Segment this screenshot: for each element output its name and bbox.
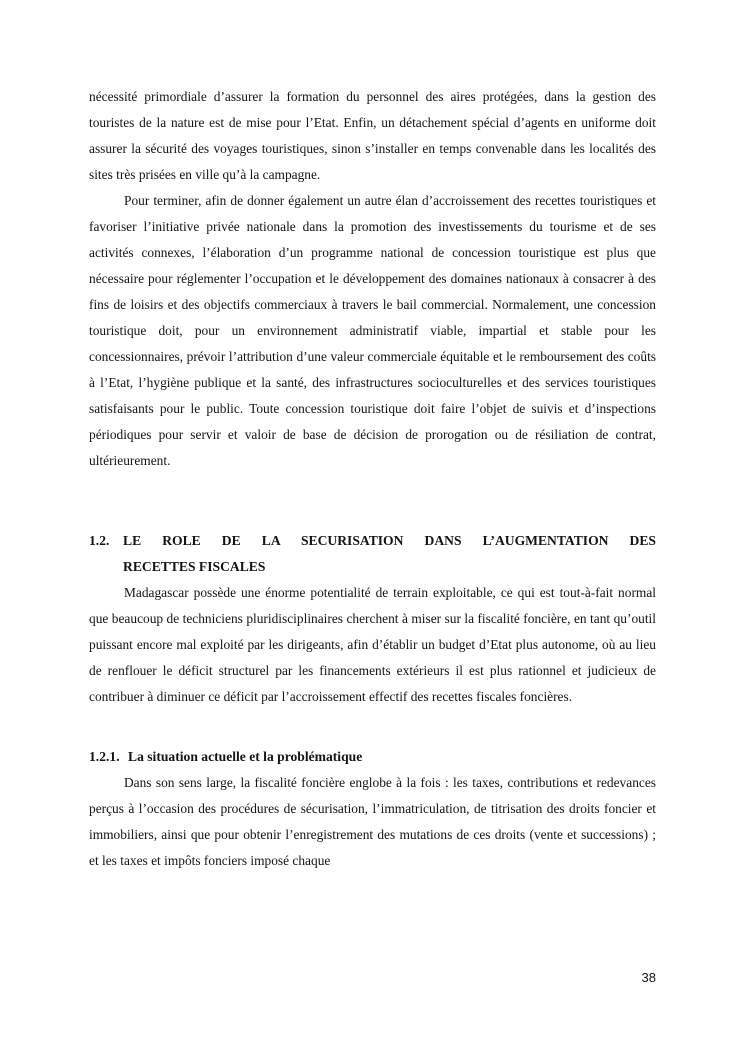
subsection-heading-title: La situation actuelle et la problématiqu…	[128, 744, 656, 770]
paragraph-fiscal-potential: Madagascar possède une énorme potentiali…	[89, 580, 656, 710]
section-heading-title-line1: LE ROLE DE LA SECURISATION DANS L’AUGMEN…	[123, 528, 656, 554]
section-heading-number: 1.2.	[89, 528, 123, 580]
page-number: 38	[642, 970, 656, 986]
section-heading-title: LE ROLE DE LA SECURISATION DANS L’AUGMEN…	[123, 528, 656, 580]
document-page: nécessité primordiale d’assurer la forma…	[0, 0, 745, 1053]
page-body: nécessité primordiale d’assurer la forma…	[89, 84, 656, 874]
subsection-heading-1-2-1: 1.2.1. La situation actuelle et la probl…	[89, 744, 656, 770]
section-heading-1-2: 1.2. LE ROLE DE LA SECURISATION DANS L’A…	[89, 528, 656, 580]
paragraph-continuation: nécessité primordiale d’assurer la forma…	[89, 84, 656, 188]
paragraph-fiscalite-fonciere: Dans son sens large, la fiscalité fonciè…	[89, 770, 656, 874]
subsection-heading-number: 1.2.1.	[89, 744, 128, 770]
paragraph-tourism-concession: Pour terminer, afin de donner également …	[89, 188, 656, 474]
section-heading-title-line2: RECETTES FISCALES	[123, 554, 656, 580]
